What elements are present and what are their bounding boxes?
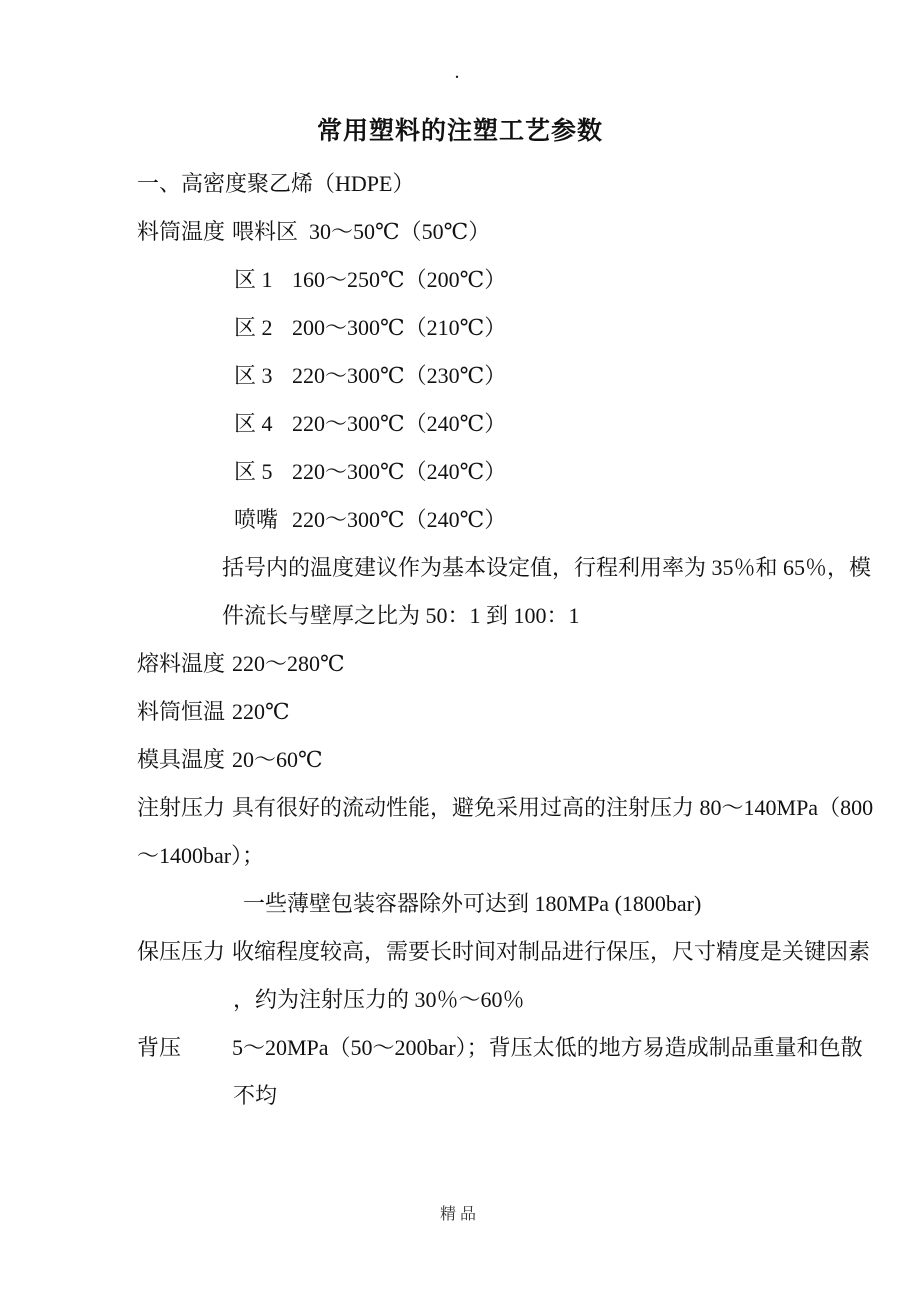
document-page: . 常用塑料的注塑工艺参数 一、高密度聚乙烯（HDPE） 料筒温度喂料区 30～… (0, 0, 920, 1302)
param-value: 具有很好的流动性能，避免采用过高的注射压力 80～140MPa（800 (232, 795, 873, 820)
param-value: 20～60℃ (232, 747, 323, 772)
note-line-1: 括号内的温度建议作为基本设定值，行程利用率为 35％和 65％，模 (0, 544, 920, 592)
zone-row-1: 区 1160～250℃（200℃） (0, 256, 920, 304)
zone-label: 区 5 (234, 448, 292, 496)
param-label: 模具温度 (137, 736, 232, 784)
param-row-barrel-const-temp: 料筒恒温220℃ (0, 688, 920, 736)
param-value: 220℃ (232, 699, 290, 724)
zone-value: 220～300℃（240℃） (292, 411, 506, 436)
zone-label: 区 3 (234, 352, 292, 400)
param-label: 注射压力 (137, 784, 232, 832)
zone-row-3: 区 3220～300℃（230℃） (0, 352, 920, 400)
param-label: 熔料温度 (137, 640, 232, 688)
zone-value: 220～300℃（240℃） (292, 507, 506, 532)
zone-value: 160～250℃（200℃） (292, 267, 506, 292)
holding-pressure-continuation: ，约为注射压力的 30％～60％ (0, 976, 920, 1024)
param-row-mold-temp: 模具温度20～60℃ (0, 736, 920, 784)
zone-row-2: 区 2200～300℃（210℃） (0, 304, 920, 352)
document-body: 一、高密度聚乙烯（HDPE） 料筒温度喂料区 30～50℃（50℃） 区 116… (0, 160, 920, 1120)
back-pressure-continuation: 不均 (0, 1072, 920, 1120)
zone-label: 区 4 (234, 400, 292, 448)
param-row-injection-pressure: 注射压力具有很好的流动性能，避免采用过高的注射压力 80～140MPa（800 (0, 784, 920, 832)
zone-row-4: 区 4220～300℃（240℃） (0, 400, 920, 448)
zone-value: 200～300℃（210℃） (292, 315, 506, 340)
zone-label: 喷嘴 (234, 496, 292, 544)
param-label: 料筒恒温 (137, 688, 232, 736)
param-value: 5～20MPa（50～200bar）；背压太低的地方易造成制品重量和色散 (232, 1035, 863, 1060)
zone-value: 220～300℃（240℃） (292, 459, 506, 484)
param-row-holding-pressure: 保压压力收缩程度较高，需要长时间对制品进行保压，尺寸精度是关键因素 (0, 928, 920, 976)
param-value: 220～280℃ (232, 651, 345, 676)
zone-label: 区 1 (234, 256, 292, 304)
param-value: 喂料区 30～50℃（50℃） (232, 219, 490, 244)
section-heading: 一、高密度聚乙烯（HDPE） (0, 160, 920, 208)
param-row-back-pressure: 背压5～20MPa（50～200bar）；背压太低的地方易造成制品重量和色散 (0, 1024, 920, 1072)
zone-row-5: 区 5220～300℃（240℃） (0, 448, 920, 496)
zone-row-nozzle: 喷嘴220～300℃（240℃） (0, 496, 920, 544)
zone-label: 区 2 (234, 304, 292, 352)
injection-pressure-continuation: ～1400bar）； (0, 832, 920, 880)
param-label: 背压 (137, 1024, 232, 1072)
footer-watermark: 精品 (0, 1199, 920, 1231)
param-value: 收缩程度较高，需要长时间对制品进行保压，尺寸精度是关键因素 (232, 939, 870, 964)
stray-period: . (0, 62, 914, 82)
page-title: 常用塑料的注塑工艺参数 (0, 112, 920, 152)
zone-value: 220～300℃（230℃） (292, 363, 506, 388)
param-row-barrel-temp: 料筒温度喂料区 30～50℃（50℃） (0, 208, 920, 256)
note-line-2: 件流长与壁厚之比为 50：1 到 100：1 (0, 592, 920, 640)
param-row-melt-temp: 熔料温度220～280℃ (0, 640, 920, 688)
param-label: 料筒温度 (137, 208, 232, 256)
param-label: 保压压力 (137, 928, 232, 976)
injection-pressure-exception: 一些薄壁包装容器除外可达到 180MPa (1800bar) (0, 880, 920, 928)
